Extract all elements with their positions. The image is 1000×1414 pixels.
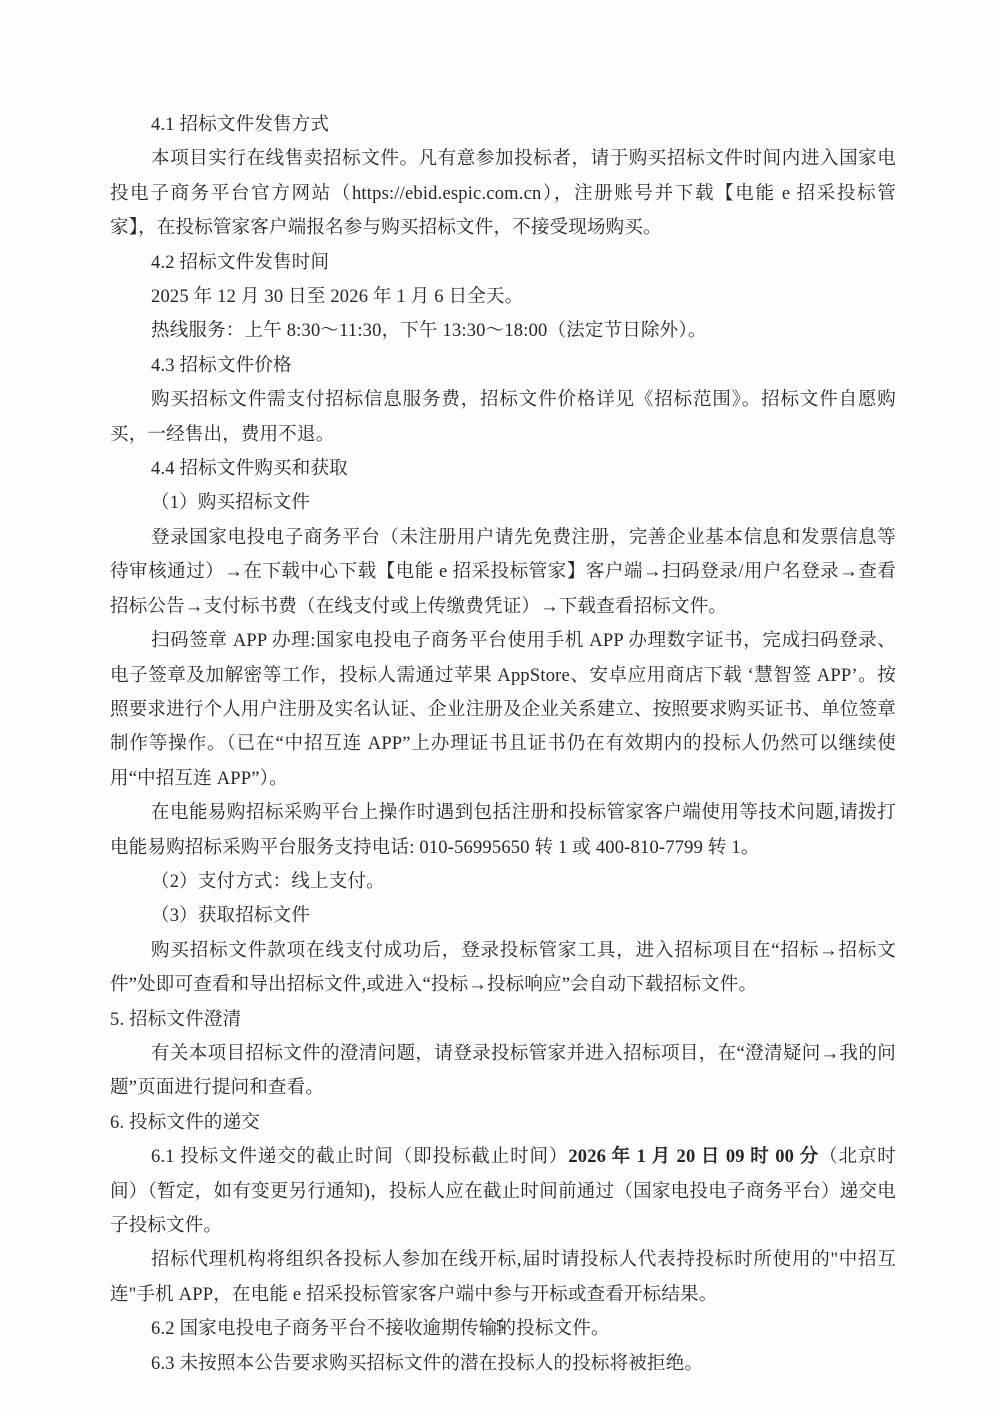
heading-4-1: 4.1 招标文件发售方式 — [110, 108, 896, 142]
para-app-sign: 扫码签章 APP 办理:国家电投电子商务平台使用手机 APP 办理数字证书，完成… — [110, 624, 896, 796]
heading-5: 5. 招标文件澄清 — [110, 1003, 896, 1037]
text-run: （2）支付方式：线上支付。 — [151, 872, 385, 892]
text-run: 登录国家电投电子商务平台（未注册用户请先免费注册，完善企业基本信息和发票信息等待… — [110, 528, 896, 617]
heading-4-4: 4.4 招标文件购买和获取 — [110, 452, 896, 486]
text-run: 购买招标文件款项在线支付成功后，登录投标管家工具，进入招标项目在“招标→招标文件… — [110, 941, 896, 995]
text-run: 在电能易购招标采购平台上操作时遇到包括注册和投标管家客户端使用等技术问题,请拨打… — [110, 803, 896, 857]
para-purchase-flow: 登录国家电投电子商务平台（未注册用户请先免费注册，完善企业基本信息和发票信息等待… — [110, 521, 896, 624]
para-6-1: 6.1 投标文件递交的截止时间（即投标截止时间）2026 年 1 月 20 日 … — [110, 1140, 896, 1243]
text-run: 热线服务：上午 8:30～11:30，下午 13:30～18:00（法定节日除外… — [151, 321, 707, 341]
text-run: 2025 年 12 月 30 日至 2026 年 1 月 6 日全天。 — [151, 287, 523, 307]
document-page: 4.1 招标文件发售方式本项目实行在线售卖招标文件。凡有意参加投标者，请于购买招… — [0, 0, 1000, 1414]
para-online-opening: 招标代理机构将组织各投标人参加在线开标,届时请投标人代表持投标时所使用的"中招互… — [110, 1243, 896, 1312]
text-run: 本项目实行在线售卖招标文件。凡有意参加投标者，请于购买招标文件时间内进入国家电投… — [110, 149, 896, 238]
heading-6: 6. 投标文件的递交 — [110, 1106, 896, 1140]
text-run: 4.4 招标文件购买和获取 — [151, 459, 348, 479]
para-sale-time: 2025 年 12 月 30 日至 2026 年 1 月 6 日全天。 — [110, 280, 896, 314]
text-run: 有关本项目招标文件的澄清问题，请登录投标管家并进入招标项目，在“澄清疑问→我的问… — [110, 1044, 896, 1098]
text-run: 4.3 招标文件价格 — [151, 356, 292, 376]
text-run: （3）获取招标文件 — [151, 906, 310, 926]
page-number: 5 — [0, 1316, 1000, 1336]
text-run: 5. 招标文件澄清 — [110, 1010, 241, 1030]
para-item-1: （1）购买招标文件 — [110, 486, 896, 520]
text-run: 扫码签章 APP 办理:国家电投电子商务平台使用手机 APP 办理数字证书，完成… — [110, 631, 896, 789]
text-run-bold: 2026 年 1 月 20 日 09 时 00 分 — [568, 1147, 819, 1167]
para-item-2: （2）支付方式：线上支付。 — [110, 865, 896, 899]
para-hotline: 热线服务：上午 8:30～11:30，下午 13:30～18:00（法定节日除外… — [110, 314, 896, 348]
para-support-phone: 在电能易购招标采购平台上操作时遇到包括注册和投标管家客户端使用等技术问题,请拨打… — [110, 796, 896, 865]
document-body: 4.1 招标文件发售方式本项目实行在线售卖招标文件。凡有意参加投标者，请于购买招… — [110, 108, 896, 1381]
para-obtain: 购买招标文件款项在线支付成功后，登录投标管家工具，进入招标项目在“招标→招标文件… — [110, 934, 896, 1003]
text-run: 4.1 招标文件发售方式 — [151, 115, 329, 135]
text-run: 6. 投标文件的递交 — [110, 1113, 260, 1133]
heading-4-2: 4.2 招标文件发售时间 — [110, 246, 896, 280]
para-item-3: （3）获取招标文件 — [110, 899, 896, 933]
text-run: （1）购买招标文件 — [151, 493, 310, 513]
para-4-1-body: 本项目实行在线售卖招标文件。凡有意参加投标者，请于购买招标文件时间内进入国家电投… — [110, 142, 896, 245]
text-run: 4.2 招标文件发售时间 — [151, 253, 329, 273]
para-5-body: 有关本项目招标文件的澄清问题，请登录投标管家并进入招标项目，在“澄清疑问→我的问… — [110, 1037, 896, 1106]
heading-4-3: 4.3 招标文件价格 — [110, 349, 896, 383]
para-4-3-body: 购买招标文件需支付招标信息服务费，招标文件价格详见《招标范围》。招标文件自愿购买… — [110, 383, 896, 452]
text-run: 购买招标文件需支付招标信息服务费，招标文件价格详见《招标范围》。招标文件自愿购买… — [110, 390, 896, 444]
text-run: 招标代理机构将组织各投标人参加在线开标,届时请投标人代表持投标时所使用的"中招互… — [110, 1250, 896, 1304]
para-6-3: 6.3 未按照本公告要求购买招标文件的潜在投标人的投标将被拒绝。 — [110, 1347, 896, 1381]
text-run: 6.1 投标文件递交的截止时间（即投标截止时间） — [151, 1147, 568, 1167]
text-run: 6.3 未按照本公告要求购买招标文件的潜在投标人的投标将被拒绝。 — [151, 1354, 703, 1374]
